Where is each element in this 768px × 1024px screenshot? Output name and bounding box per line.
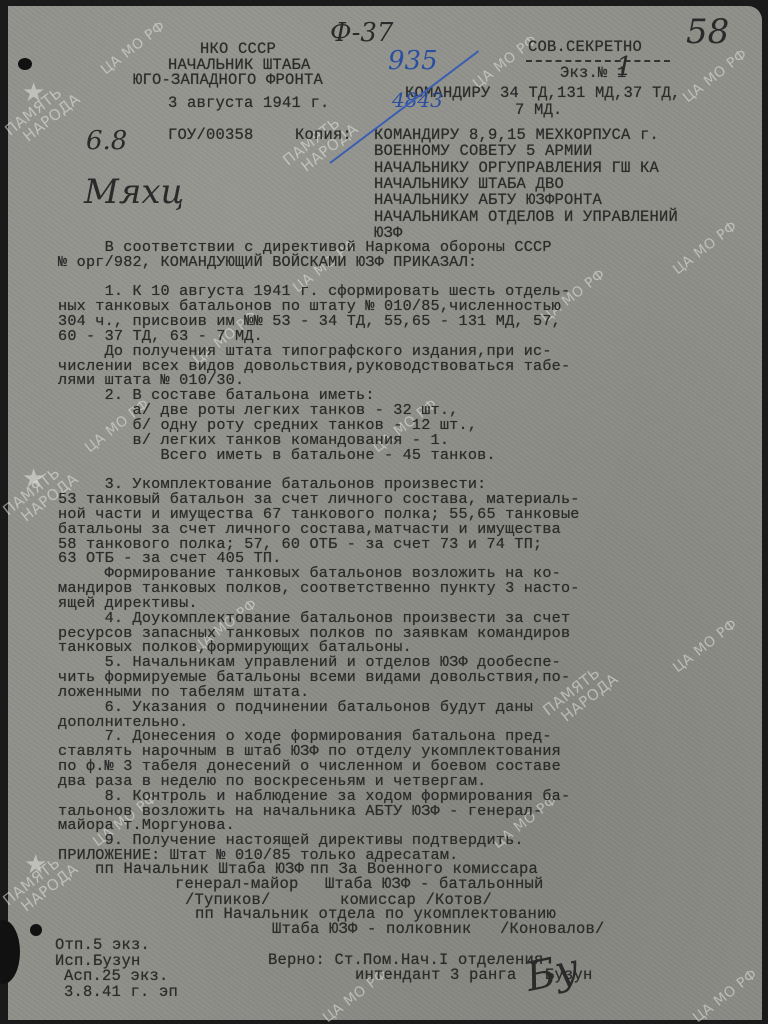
header-front: ЮГО-ЗАПАДНОГО ФРОНТА xyxy=(133,73,323,89)
punch-hole xyxy=(18,58,32,70)
body-line: № орг/982, КОМАНДУЮЩИЙ ВОЙСКАМИ ЮЗФ ПРИК… xyxy=(58,255,477,270)
addressee-line: КОМАНДИРУ 34 ТД,131 МД,37 ТД, xyxy=(405,86,681,102)
handwritten-margin-note: 6.8 xyxy=(86,126,127,156)
copy-recipient: КОМАНДИРУ 8,9,15 МЕХКОРПУСА г. xyxy=(374,128,659,144)
handwritten-copy-digit: 1 xyxy=(616,52,633,82)
addressee-line: 7 МД. xyxy=(515,103,563,119)
handwritten-code: Ф-37 xyxy=(330,18,393,48)
copy-recipient: НАЧАЛЬНИКУ ШТАБА ДВО xyxy=(374,177,564,193)
blue-pencil-mark: 935 xyxy=(388,46,438,76)
handwritten-page-number: 58 xyxy=(686,12,729,52)
copy-recipient: ВОЕННОМУ СОВЕТУ 5 АРМИИ xyxy=(374,144,593,160)
footer-date: 3.8.41 г. эп xyxy=(64,985,178,1001)
document-number: ГОУ/00358 xyxy=(168,128,254,144)
copy-recipient: НАЧАЛЬНИКУ ОРГУПРАВЛЕНИЯ ГШ КА xyxy=(374,161,659,177)
signature-center-name: Штаба ЮЗФ - полковник /Коновалов/ xyxy=(272,922,605,938)
punch-hole xyxy=(30,924,42,936)
copy-recipient: НАЧАЛЬНИКУ АБТУ ЮЗФРОНТА xyxy=(374,193,602,209)
body-line: Всего иметь в батальоне - 45 танков. xyxy=(58,448,496,463)
copy-recipient: НАЧАЛЬНИКАМ ОТДЕЛОВ И УПРАВЛЕНИЙ xyxy=(374,210,678,226)
handwritten-margin-signature: Мяхц xyxy=(84,172,184,212)
classification-underline xyxy=(526,60,670,62)
header-date: 3 августа 1941 г. xyxy=(168,96,330,112)
copy-label: Копия: xyxy=(295,128,352,144)
